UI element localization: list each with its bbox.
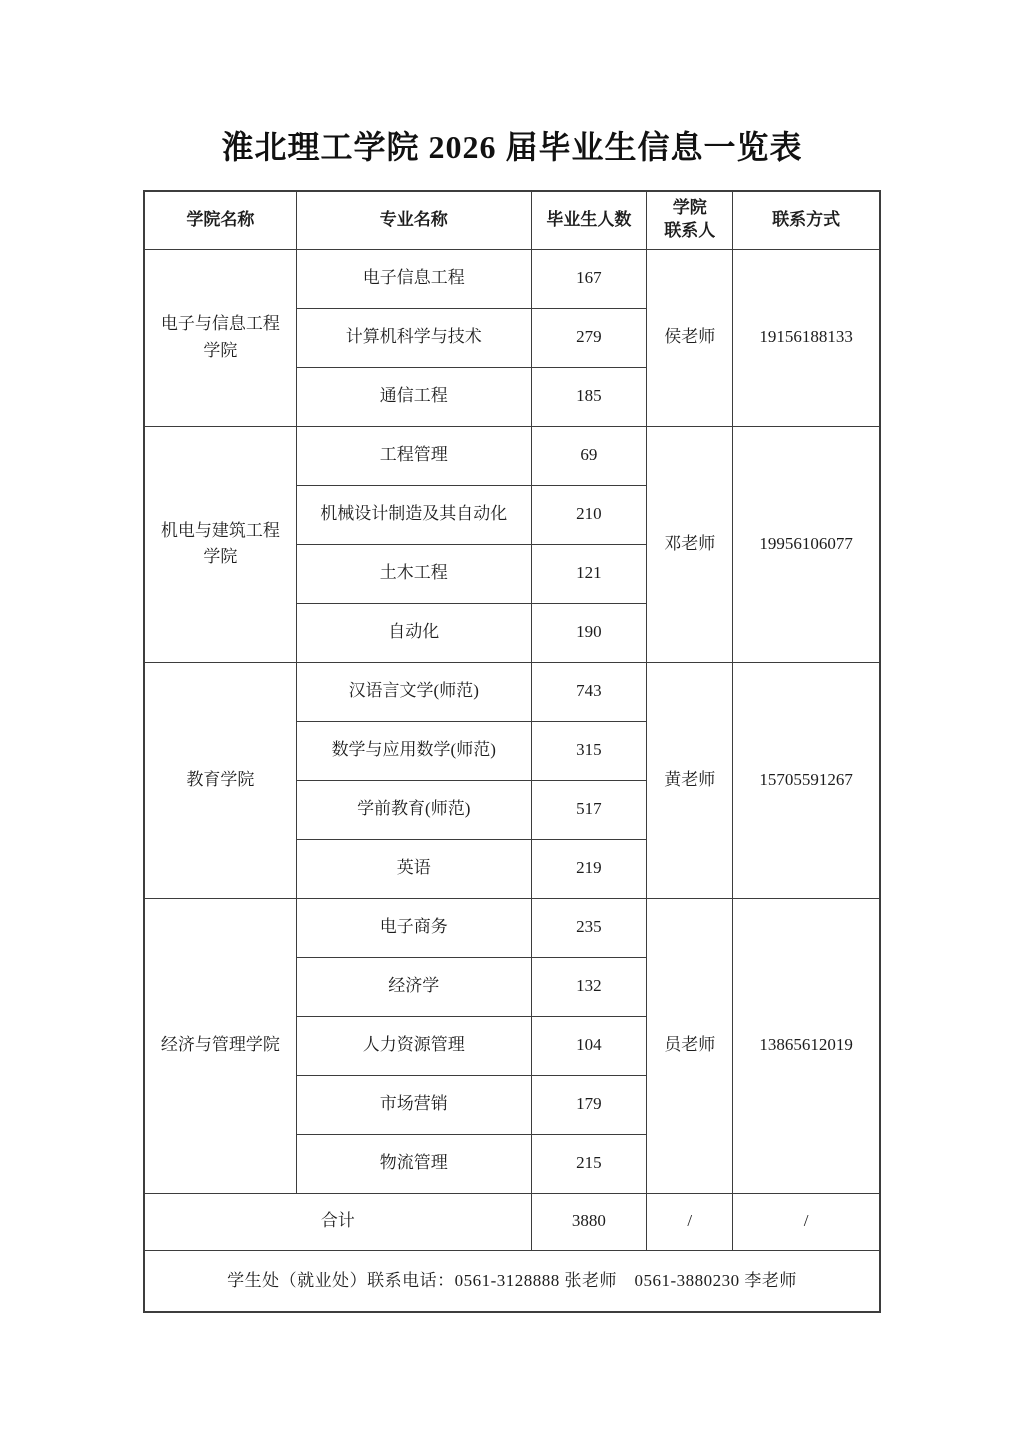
total-label-cell: 合计 [144,1193,531,1250]
header-major: 专业名称 [296,191,531,249]
major-cell: 市场营销 [296,1075,531,1134]
count-cell: 190 [531,603,647,662]
table-row: 教育学院 汉语言文学(师范) 743 黄老师 15705591267 [144,662,880,721]
total-count-cell: 3880 [531,1193,647,1250]
header-contact-line1: 学院 [655,197,724,220]
count-cell: 219 [531,839,647,898]
major-cell: 人力资源管理 [296,1016,531,1075]
count-cell: 210 [531,485,647,544]
count-cell: 279 [531,308,647,367]
major-cell: 物流管理 [296,1134,531,1193]
count-cell: 104 [531,1016,647,1075]
count-cell: 215 [531,1134,647,1193]
footer-contact-cell: 学生处（就业处）联系电话：0561-3128888 张老师 0561-38802… [144,1250,880,1312]
phone-cell: 13865612019 [733,898,880,1193]
major-cell: 电子信息工程 [296,249,531,308]
document-page: 淮北理工学院 2026 届毕业生信息一览表 学院名称 专业名称 毕业生人数 学院… [0,0,1024,1448]
count-cell: 69 [531,426,647,485]
graduate-info-table: 学院名称 专业名称 毕业生人数 学院 联系人 联系方式 电子与信息工程学院 电子… [143,190,881,1313]
college-cell: 经济与管理学院 [144,898,296,1193]
table-row: 电子与信息工程学院 电子信息工程 167 侯老师 19156188133 [144,249,880,308]
phone-cell: 19156188133 [733,249,880,426]
college-cell: 电子与信息工程学院 [144,249,296,426]
major-cell: 数学与应用数学(师范) [296,721,531,780]
phone-cell: 15705591267 [733,662,880,898]
table-row: 经济与管理学院 电子商务 235 员老师 13865612019 [144,898,880,957]
phone-cell: 19956106077 [733,426,880,662]
header-contact: 学院 联系人 [647,191,733,249]
count-cell: 235 [531,898,647,957]
count-cell: 132 [531,957,647,1016]
header-count: 毕业生人数 [531,191,647,249]
major-cell: 计算机科学与技术 [296,308,531,367]
college-cell: 机电与建筑工程学院 [144,426,296,662]
major-cell: 自动化 [296,603,531,662]
count-cell: 743 [531,662,647,721]
major-cell: 土木工程 [296,544,531,603]
count-cell: 185 [531,367,647,426]
contact-cell: 员老师 [647,898,733,1193]
major-cell: 经济学 [296,957,531,1016]
table-row: 机电与建筑工程学院 工程管理 69 邓老师 19956106077 [144,426,880,485]
count-cell: 121 [531,544,647,603]
table-header-row: 学院名称 专业名称 毕业生人数 学院 联系人 联系方式 [144,191,880,249]
contact-cell: 黄老师 [647,662,733,898]
major-cell: 电子商务 [296,898,531,957]
contact-cell: 侯老师 [647,249,733,426]
count-cell: 517 [531,780,647,839]
major-cell: 汉语言文学(师范) [296,662,531,721]
header-contact-line2: 联系人 [655,220,724,243]
count-cell: 315 [531,721,647,780]
major-cell: 英语 [296,839,531,898]
major-cell: 机械设计制造及其自动化 [296,485,531,544]
contact-cell: 邓老师 [647,426,733,662]
college-cell: 教育学院 [144,662,296,898]
major-cell: 工程管理 [296,426,531,485]
header-college: 学院名称 [144,191,296,249]
count-cell: 179 [531,1075,647,1134]
total-phone-cell: / [733,1193,880,1250]
total-contact-cell: / [647,1193,733,1250]
total-row: 合计 3880 / / [144,1193,880,1250]
count-cell: 167 [531,249,647,308]
major-cell: 学前教育(师范) [296,780,531,839]
footer-row: 学生处（就业处）联系电话：0561-3128888 张老师 0561-38802… [144,1250,880,1312]
major-cell: 通信工程 [296,367,531,426]
header-phone: 联系方式 [733,191,880,249]
page-title: 淮北理工学院 2026 届毕业生信息一览表 [143,122,881,168]
